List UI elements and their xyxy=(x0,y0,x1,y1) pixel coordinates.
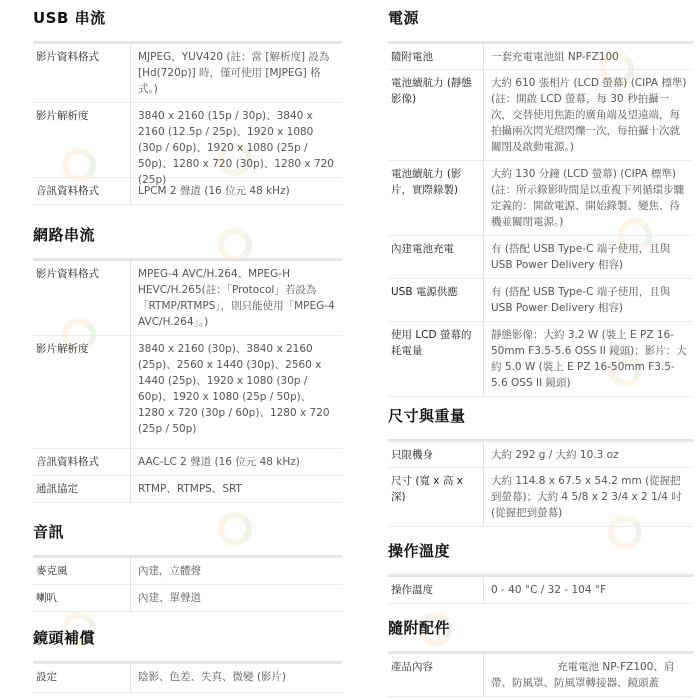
section-network-streaming: 網路串流 影片資料格式 MPEG-4 AVC/H.264、MPEG-H HEVC… xyxy=(33,224,342,503)
spec-value: 有 (搭配 USB Type-C 端子使用，且與 USB Power Deliv… xyxy=(484,236,693,278)
spec-table: 操作溫度 0 - 40 °C / 32 - 104 °F xyxy=(388,574,693,604)
spec-row: 影片解析度 3840 x 2160 (15p / 30p)、3840 x 216… xyxy=(33,103,342,178)
section-title: USB 串流 xyxy=(33,7,342,29)
spec-value: 大約 292 g / 大約 10.3 oz xyxy=(484,442,693,467)
spec-row: 影片資料格式 MPEG-4 AVC/H.264、MPEG-H HEVC/H.26… xyxy=(33,261,342,336)
spec-row: 影片解析度 3840 x 2160 (30p)、3840 x 2160 (25p… xyxy=(33,336,342,449)
spec-value: AAC-LC 2 聲道 (16 位元 48 kHz) xyxy=(131,449,342,475)
spec-value: 陰影、色差、失真、微變 (影片) xyxy=(131,664,342,692)
spec-key: 電池續航力 (靜態影像) xyxy=(388,70,484,160)
spec-row: USB 電源供應 有 (搭配 USB Type-C 端子使用，且與 USB Po… xyxy=(388,279,693,322)
spec-key: 影片資料格式 xyxy=(33,261,131,335)
spec-key: 影片解析度 xyxy=(33,336,131,448)
section-operating-temperature: 操作溫度 操作溫度 0 - 40 °C / 32 - 104 °F xyxy=(388,540,693,604)
spec-key: USB 電源供應 xyxy=(388,279,484,321)
spec-value: 大約 610 張相片 (LCD 螢幕) (CIPA 標準)(註：開啟 LCD 螢… xyxy=(484,70,693,160)
spec-row: 只限機身 大約 292 g / 大約 10.3 oz xyxy=(388,442,693,468)
spec-key: 尺寸 (寬 x 高 x 深) xyxy=(388,468,484,526)
spec-row: 通訊協定 RTMP、RTMPS、SRT xyxy=(33,476,342,503)
section-title: 音訊 xyxy=(33,521,342,543)
spec-table: 設定 陰影、色差、失真、微變 (影片) xyxy=(33,661,342,693)
spec-table: 隨附電池 一套充電電池組 NP-FZ100 電池續航力 (靜態影像) 大約 61… xyxy=(388,41,693,397)
spec-value: 靜態影像：大約 3.2 W (裝上 E PZ 16-50mm F3.5-5.6 … xyxy=(484,322,693,396)
spec-key: 喇叭 xyxy=(33,585,131,611)
spec-value: 有 (搭配 USB Type-C 端子使用，且與 USB Power Deliv… xyxy=(484,279,693,321)
spec-key: 麥克風 xyxy=(33,558,131,584)
spec-key: 通訊協定 xyxy=(33,476,131,502)
spec-table: 影片資料格式 MJPEG，YUV420 (註：當 [解析度] 設為 [Hd(72… xyxy=(33,41,342,205)
spec-key: 影片資料格式 xyxy=(33,44,131,102)
section-title: 網路串流 xyxy=(33,224,342,246)
spec-key: 隨附電池 xyxy=(388,44,484,69)
spec-value: 3840 x 2160 (15p / 30p)、3840 x 2160 (12.… xyxy=(131,103,342,177)
spec-value: 一套充電電池組 NP-FZ100 xyxy=(484,44,693,69)
spec-key: 音訊資料格式 xyxy=(33,178,131,204)
spec-row: 隨附電池 一套充電電池組 NP-FZ100 xyxy=(388,44,693,70)
spec-value: 內建，立體聲 xyxy=(131,558,342,584)
spec-value: MPEG-4 AVC/H.264、MPEG-H HEVC/H.265(註：「Pr… xyxy=(131,261,342,335)
spec-value: 內建、單聲道 xyxy=(131,585,342,611)
spec-value: RTMP、RTMPS、SRT xyxy=(131,476,342,502)
spec-row: 麥克風 內建，立體聲 xyxy=(33,558,342,585)
spec-key: 電池續航力 (影片，實際錄製) xyxy=(388,161,484,235)
spec-row: 電池續航力 (影片，實際錄製) 大約 130 分鐘 (LCD 螢幕) (CIPA… xyxy=(388,161,693,236)
section-included-accessories: 隨附配件 產品內容 充電電池 NP-FZ100、肩帶、防風罩、防風罩轉接器、鏡頭… xyxy=(388,617,693,697)
spec-table: 產品內容 充電電池 NP-FZ100、肩帶、防風罩、防風罩轉接器、鏡頭蓋 xyxy=(388,651,693,697)
spec-value: 3840 x 2160 (30p)、3840 x 2160 (25p)、2560… xyxy=(131,336,342,448)
section-audio: 音訊 麥克風 內建，立體聲 喇叭 內建、單聲道 xyxy=(33,521,342,612)
spec-value: LPCM 2 聲道 (16 位元 48 kHz) xyxy=(131,178,342,204)
section-title: 操作溫度 xyxy=(388,540,693,562)
spec-key: 產品內容 xyxy=(388,654,484,696)
spec-row: 電池續航力 (靜態影像) 大約 610 張相片 (LCD 螢幕) (CIPA 標… xyxy=(388,70,693,161)
spec-row: 影片資料格式 MJPEG，YUV420 (註：當 [解析度] 設為 [Hd(72… xyxy=(33,44,342,103)
spec-row: 音訊資料格式 LPCM 2 聲道 (16 位元 48 kHz) xyxy=(33,178,342,205)
section-lens-compensation: 鏡頭補償 設定 陰影、色差、失真、微變 (影片) xyxy=(33,627,342,693)
spec-row: 喇叭 內建、單聲道 xyxy=(33,585,342,612)
spec-row: 操作溫度 0 - 40 °C / 32 - 104 °F xyxy=(388,577,693,604)
section-dimensions-weight: 尺寸與重量 只限機身 大約 292 g / 大約 10.3 oz 尺寸 (寬 x… xyxy=(388,405,693,527)
section-power: 電源 隨附電池 一套充電電池組 NP-FZ100 電池續航力 (靜態影像) 大約… xyxy=(388,7,693,397)
spec-value: MJPEG，YUV420 (註：當 [解析度] 設為 [Hd(720p)] 時，… xyxy=(131,44,342,102)
spec-value: 充電電池 NP-FZ100、肩帶、防風罩、防風罩轉接器、鏡頭蓋 xyxy=(484,654,693,696)
spec-table: 影片資料格式 MPEG-4 AVC/H.264、MPEG-H HEVC/H.26… xyxy=(33,258,342,503)
spec-row: 設定 陰影、色差、失真、微變 (影片) xyxy=(33,664,342,693)
section-title: 鏡頭補償 xyxy=(33,627,342,649)
spec-value: 大約 114.8 x 67.5 x 54.2 mm (從握把到螢幕)；大約 4 … xyxy=(484,468,693,526)
spec-key: 影片解析度 xyxy=(33,103,131,177)
spec-row: 產品內容 充電電池 NP-FZ100、肩帶、防風罩、防風罩轉接器、鏡頭蓋 xyxy=(388,654,693,697)
spec-key: 音訊資料格式 xyxy=(33,449,131,475)
spec-key: 操作溫度 xyxy=(388,577,484,603)
spec-value: 大約 130 分鐘 (LCD 螢幕) (CIPA 標準) (註：所示錄影時間是以… xyxy=(484,161,693,235)
section-title: 電源 xyxy=(388,7,693,29)
spec-value: 0 - 40 °C / 32 - 104 °F xyxy=(484,577,693,603)
spec-row: 內建電池充電 有 (搭配 USB Type-C 端子使用，且與 USB Powe… xyxy=(388,236,693,279)
spec-table: 只限機身 大約 292 g / 大約 10.3 oz 尺寸 (寬 x 高 x 深… xyxy=(388,439,693,527)
spec-row: 尺寸 (寬 x 高 x 深) 大約 114.8 x 67.5 x 54.2 mm… xyxy=(388,468,693,527)
spec-key: 設定 xyxy=(33,664,131,692)
spec-key: 使用 LCD 螢幕的耗電量 xyxy=(388,322,484,396)
spec-row: 使用 LCD 螢幕的耗電量 靜態影像：大約 3.2 W (裝上 E PZ 16-… xyxy=(388,322,693,397)
spec-table: 麥克風 內建，立體聲 喇叭 內建、單聲道 xyxy=(33,555,342,612)
spec-key: 內建電池充電 xyxy=(388,236,484,278)
spec-key: 只限機身 xyxy=(388,442,484,467)
section-title: 尺寸與重量 xyxy=(388,405,693,427)
spec-row: 音訊資料格式 AAC-LC 2 聲道 (16 位元 48 kHz) xyxy=(33,449,342,476)
section-title: 隨附配件 xyxy=(388,617,693,639)
section-usb-streaming: USB 串流 影片資料格式 MJPEG，YUV420 (註：當 [解析度] 設為… xyxy=(33,7,342,205)
